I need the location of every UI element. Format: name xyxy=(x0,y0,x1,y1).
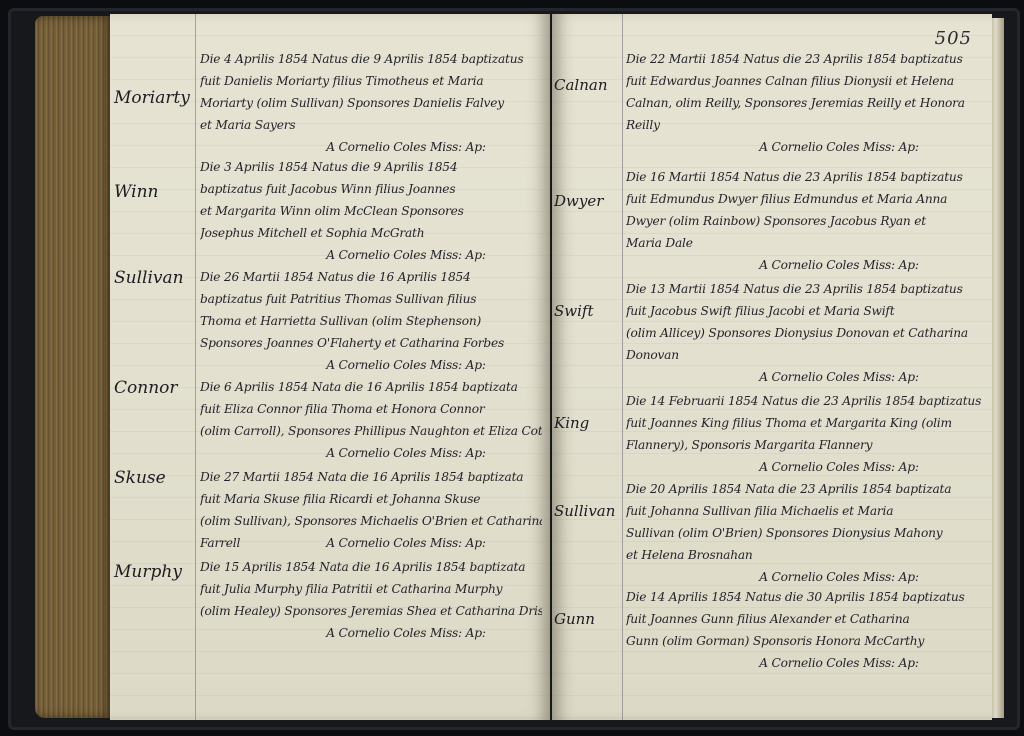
entry-line: Thoma et Harrietta Sullivan (olim Stephe… xyxy=(200,310,542,332)
entry-line: Dwyer (olim Rainbow) Sponsores Jacobus R… xyxy=(626,210,982,232)
entry-surname: Murphy xyxy=(114,562,198,582)
entry-text: Die 20 Aprilis 1854 Nata die 23 Aprilis … xyxy=(626,478,982,588)
entry-line: fuit Joannes King filius Thoma et Margar… xyxy=(626,412,982,434)
entry-text: Die 16 Martii 1854 Natus die 23 Aprilis … xyxy=(626,166,982,276)
priest-signature: A Cornelio Coles Miss: Ap: xyxy=(200,622,542,644)
entry-line: fuit Maria Skuse filia Ricardi et Johann… xyxy=(200,488,542,510)
entry-surname: King xyxy=(554,414,624,432)
priest-signature: A Cornelio Coles Miss: Ap: xyxy=(626,136,982,158)
entry-line: Sullivan (olim O'Brien) Sponsores Dionys… xyxy=(626,522,982,544)
right-page: 505 Calnan Die 22 Martii 1854 Natus die … xyxy=(552,14,992,720)
entry-surname: Calnan xyxy=(554,76,624,94)
entry-text: Die 14 Februarii 1854 Natus die 23 April… xyxy=(626,390,982,478)
entry-line: Die 27 Martii 1854 Nata die 16 Aprilis 1… xyxy=(200,466,542,488)
entry-line: Die 6 Aprilis 1854 Nata die 16 Aprilis 1… xyxy=(200,376,542,398)
entry-text: Die 14 Aprilis 1854 Natus die 30 Aprilis… xyxy=(626,586,982,674)
entry-line: Donovan xyxy=(626,344,982,366)
entry-line: fuit Joannes Gunn filius Alexander et Ca… xyxy=(626,608,982,630)
entry-line: baptizatus fuit Patritius Thomas Sulliva… xyxy=(200,288,542,310)
entry-line: et Margarita Winn olim McClean Sponsores xyxy=(200,200,542,222)
entry-text: Die 4 Aprilis 1854 Natus die 9 Aprilis 1… xyxy=(200,48,542,158)
entry-text: Die 3 Aprilis 1854 Natus die 9 Aprilis 1… xyxy=(200,156,542,266)
entry-text: A Cornelio Coles Miss: Ap: xyxy=(200,532,542,554)
entry-text: Die 26 Martii 1854 Natus die 16 Aprilis … xyxy=(200,266,542,376)
entry-surname: Skuse xyxy=(114,468,198,488)
entry-text: Die 13 Martii 1854 Natus die 23 Aprilis … xyxy=(626,278,982,388)
priest-signature: A Cornelio Coles Miss: Ap: xyxy=(626,566,982,588)
entry-line: Maria Dale xyxy=(626,232,982,254)
entry-surname: Sullivan xyxy=(114,268,198,288)
entry-line: Die 3 Aprilis 1854 Natus die 9 Aprilis 1… xyxy=(200,156,542,178)
entry-text: Die 22 Martii 1854 Natus die 23 Aprilis … xyxy=(626,48,982,158)
entry-line: Die 26 Martii 1854 Natus die 16 Aprilis … xyxy=(200,266,542,288)
priest-signature: A Cornelio Coles Miss: Ap: xyxy=(200,354,542,376)
priest-signature: A Cornelio Coles Miss: Ap: xyxy=(200,136,542,158)
entry-line: (olim Healey) Sponsores Jeremias Shea et… xyxy=(200,600,542,622)
left-page: Moriarty Die 4 Aprilis 1854 Natus die 9 … xyxy=(110,14,550,720)
entry-line: Die 14 Februarii 1854 Natus die 23 April… xyxy=(626,390,982,412)
entry-line: Die 4 Aprilis 1854 Natus die 9 Aprilis 1… xyxy=(200,48,542,70)
entry-line: Flannery), Sponsoris Margarita Flannery xyxy=(626,434,982,456)
entry-line: baptizatus fuit Jacobus Winn filius Joan… xyxy=(200,178,542,200)
entry-surname: Winn xyxy=(114,182,198,202)
entry-line: fuit Edmundus Dwyer filius Edmundus et M… xyxy=(626,188,982,210)
entry-line: Die 22 Martii 1854 Natus die 23 Aprilis … xyxy=(626,48,982,70)
entry-line: et Maria Sayers xyxy=(200,114,542,136)
priest-signature: A Cornelio Coles Miss: Ap: xyxy=(626,254,982,276)
priest-signature: A Cornelio Coles Miss: Ap: xyxy=(626,652,982,674)
entry-line: Die 13 Martii 1854 Natus die 23 Aprilis … xyxy=(626,278,982,300)
entry-surname: Swift xyxy=(554,302,624,320)
entry-line: (olim Sullivan), Sponsores Michaelis O'B… xyxy=(200,510,542,532)
entry-line: (olim Allicey) Sponsores Dionysius Donov… xyxy=(626,322,982,344)
page-stack-edge xyxy=(35,16,113,718)
entry-text: Die 6 Aprilis 1854 Nata die 16 Aprilis 1… xyxy=(200,376,542,464)
entry-line: fuit Edwardus Joannes Calnan filius Dion… xyxy=(626,70,982,92)
entry-line: fuit Johanna Sullivan filia Michaelis et… xyxy=(626,500,982,522)
entry-line: (olim Carroll), Sponsores Phillipus Naug… xyxy=(200,420,542,442)
priest-signature: A Cornelio Coles Miss: Ap: xyxy=(200,442,542,464)
entry-surname: Sullivan xyxy=(554,502,624,520)
priest-signature: A Cornelio Coles Miss: Ap: xyxy=(626,456,982,478)
priest-signature: A Cornelio Coles Miss: Ap: xyxy=(200,244,542,266)
entry-line: Calnan, olim Reilly, Sponsores Jeremias … xyxy=(626,92,982,114)
entry-line: Die 14 Aprilis 1854 Natus die 30 Aprilis… xyxy=(626,586,982,608)
entry-line: et Helena Brosnahan xyxy=(626,544,982,566)
entry-line: Sponsores Joannes O'Flaherty et Catharin… xyxy=(200,332,542,354)
entry-line: Die 16 Martii 1854 Natus die 23 Aprilis … xyxy=(626,166,982,188)
entry-line: Gunn (olim Gorman) Sponsoris Honora McCa… xyxy=(626,630,982,652)
margin-rule xyxy=(195,14,196,720)
entry-text: Die 15 Aprilis 1854 Nata die 16 Aprilis … xyxy=(200,556,542,644)
entry-surname: Connor xyxy=(114,378,198,398)
entry-line: fuit Eliza Connor filia Thoma et Honora … xyxy=(200,398,542,420)
entry-line: Reilly xyxy=(626,114,982,136)
entry-line: Die 15 Aprilis 1854 Nata die 16 Aprilis … xyxy=(200,556,542,578)
entry-surname: Gunn xyxy=(554,610,624,628)
right-page-edge xyxy=(990,18,1004,718)
priest-signature: A Cornelio Coles Miss: Ap: xyxy=(626,366,982,388)
entry-surname: Dwyer xyxy=(554,192,624,210)
entry-line: Die 20 Aprilis 1854 Nata die 23 Aprilis … xyxy=(626,478,982,500)
entry-line: fuit Julia Murphy filia Patritii et Cath… xyxy=(200,578,542,600)
priest-signature: A Cornelio Coles Miss: Ap: xyxy=(200,532,542,554)
entry-line: fuit Jacobus Swift filius Jacobi et Mari… xyxy=(626,300,982,322)
entry-surname: Moriarty xyxy=(114,88,198,108)
entry-line: Moriarty (olim Sullivan) Sponsores Danie… xyxy=(200,92,542,114)
entry-line: Josephus Mitchell et Sophia McGrath xyxy=(200,222,542,244)
entry-line: fuit Danielis Moriarty filius Timotheus … xyxy=(200,70,542,92)
page-number: 505 xyxy=(935,28,972,49)
